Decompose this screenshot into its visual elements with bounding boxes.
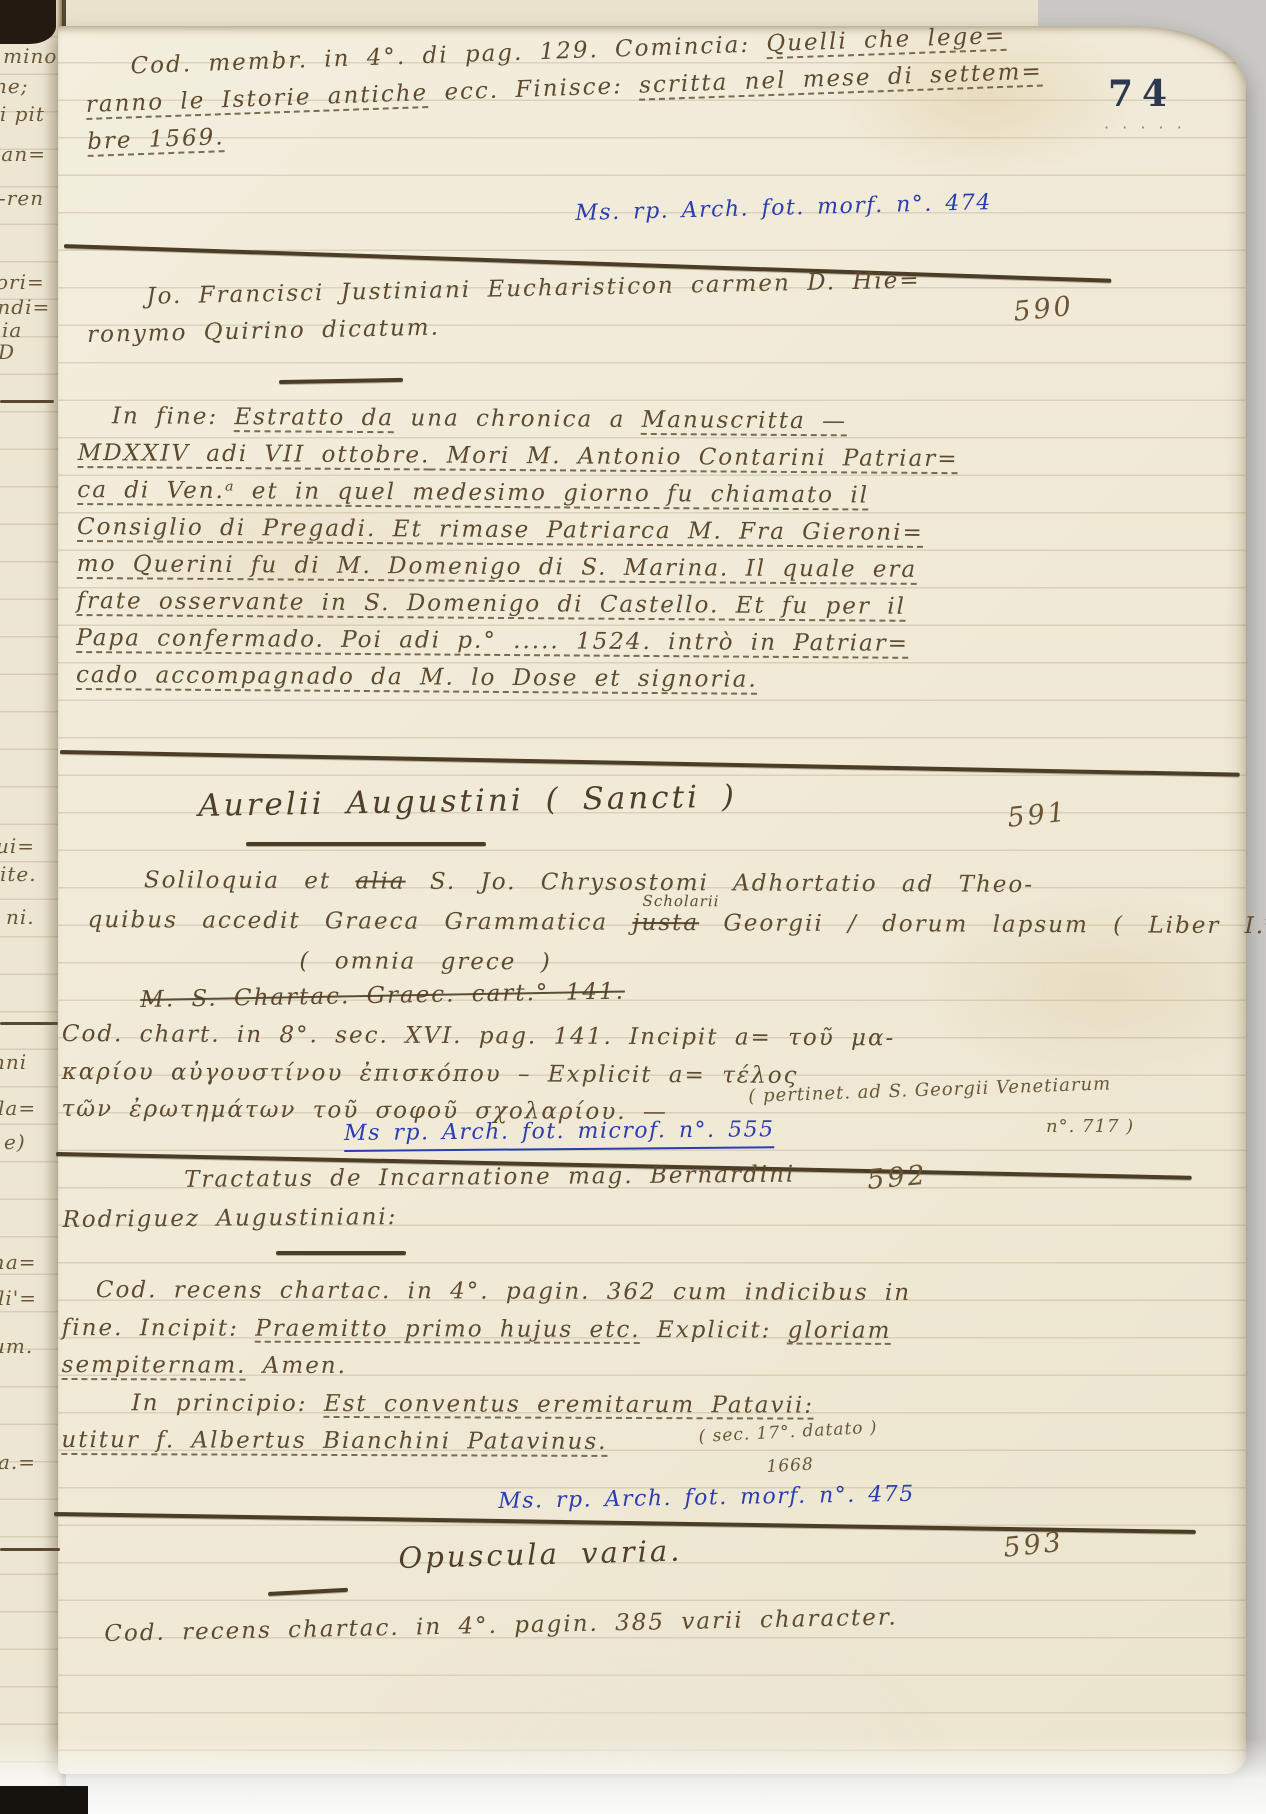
- margin-fragment: ha=: [0, 1250, 37, 1274]
- text-segment: quibus accedit Graeca Grammatica: [88, 907, 633, 936]
- underlined-text: mo Querini fu di M. Domenigo di S. Marin…: [77, 551, 918, 583]
- entry-593-codex-description: Cod. recens chartac. in 4°. pagin. 385 v…: [104, 1599, 898, 1653]
- blue-annotation-474: Ms. rp. Arch. fot. morf. n°. 474: [575, 189, 992, 228]
- underlined-text: Papa confermado. Poi adi p.° ..... 1524.…: [76, 625, 909, 657]
- text-segment: Explicit:: [641, 1317, 788, 1344]
- text-segment: ( omnia grece ): [299, 948, 551, 975]
- entry-590-title: Jo. Francisci Justiniani Eucharisticon c…: [86, 263, 922, 354]
- text-segment: Cod. recens chartac. in 4°. pagin. 362 c…: [96, 1277, 911, 1306]
- date-note: 1668: [766, 1454, 814, 1478]
- author-heading-augustini: Aurelii Augustini ( Sancti ): [198, 777, 737, 826]
- margin-fragment: ite.: [0, 862, 37, 886]
- struck-text: justaScholarii: [632, 910, 699, 936]
- text-segment: In principio:: [131, 1390, 323, 1417]
- short-divider-2: [246, 842, 486, 846]
- underlined-text: utitur f. Albertus Bianchini Patavinus.: [61, 1427, 607, 1455]
- manuscript-line: Cod. chart. in 8°. sec. XVI. pag. 141. I…: [62, 1016, 896, 1058]
- struck-catalog-line: M. S. Chartac. Graec. cart.° 141.: [140, 974, 625, 1019]
- margin-fragment: t-ren: [0, 186, 44, 210]
- short-divider-4: [268, 1588, 348, 1596]
- underlined-text: gloriam: [788, 1317, 892, 1343]
- manuscript-line: quibus accedit Graeca Grammatica justaSc…: [88, 900, 1258, 946]
- margin-fragment: Q. mino: [0, 44, 57, 68]
- text-segment: Tractatus de Incarnatione mag. Bernardin…: [184, 1162, 795, 1193]
- pertinet-number: n°. 717 ): [1046, 1116, 1134, 1138]
- entry-590-extract-note: In fine: Estratto da una chronica a Manu…: [76, 398, 959, 700]
- text-segment: ecc. Finisce:: [428, 73, 640, 106]
- text-segment: In fine:: [112, 403, 235, 430]
- text-segment: Cod. recens chartac. in 4°. pagin. 385 v…: [104, 1604, 898, 1647]
- manuscript-line: In fine: Estratto da una chronica a Manu…: [78, 398, 959, 441]
- manuscript-line: Rodriguez Augustiniani:: [62, 1195, 795, 1240]
- divider-rule-2: [60, 750, 1240, 776]
- text-segment: Rodriguez Augustiniani:: [62, 1204, 397, 1233]
- margin-fragment: indi=: [0, 295, 50, 319]
- margin-fragment: um.: [0, 1334, 33, 1358]
- manuscript-line: Tractatus de Incarnatione mag. Bernardin…: [62, 1156, 795, 1201]
- manuscript-line: Cod. recens chartac. in 4°. pagin. 385 v…: [104, 1599, 898, 1653]
- manuscript-line: fine. Incipit: Praemitto primo hujus etc…: [62, 1309, 911, 1349]
- text-segment: Georgii /: [699, 910, 858, 937]
- text-segment: dorum lapsum ( Liber I.ᵘˢ): [858, 911, 1266, 939]
- margin-fragment: ne;: [0, 74, 28, 98]
- underlined-text: Quelli che lege=: [766, 23, 1007, 57]
- blue-annotation-475: Ms. rp. Arch. fot. morf. n°. 475: [498, 1481, 915, 1516]
- underlined-text: Manuscritta —: [642, 407, 848, 434]
- margin-fragment: ia: [2, 318, 22, 342]
- margin-fragment: e): [4, 1130, 26, 1154]
- gutter-margin-fragments: Q. minone;ui pitlan=t-renori=indi=iaDui=…: [0, 0, 58, 1814]
- manuscript-line: MDXXIV adi VII ottobre. Mori M. Antonio …: [77, 435, 958, 478]
- page-content: 74 · · · · · Cod. membr. in 4°. di pag. …: [0, 0, 1266, 1814]
- binding-bottom-strip: [0, 1786, 88, 1814]
- underlined-text: frate osservante in S. Domenigo di Caste…: [76, 588, 906, 620]
- text-segment: Amen.: [246, 1353, 347, 1379]
- struck-text: M. S. Chartac. Graec. cart.° 141.: [140, 979, 625, 1013]
- page-number-stamp: 74: [1108, 76, 1176, 112]
- manuscript-line: Papa confermado. Poi adi p.° ..... 1524.…: [76, 620, 957, 663]
- underlined-text: bre 1569.: [87, 124, 225, 155]
- manuscript-line: In principio: Est conventus eremitarum P…: [61, 1384, 910, 1424]
- underlined-text: Mori M. Antonio Contarini Patriar=: [430, 442, 958, 472]
- short-divider-1: [279, 378, 403, 384]
- book-scan: Q. minone;ui pitlan=t-renori=indi=iaDui=…: [0, 0, 1266, 1814]
- margin-fragment: li'=: [0, 1286, 37, 1310]
- underlined-text: ca di Ven.ᵃ et in quel medesimo giorno f…: [77, 477, 869, 509]
- margin-fragment: a.=: [0, 1450, 36, 1474]
- manuscript-line: cado accompagnado da M. lo Dose et signo…: [76, 657, 957, 700]
- margin-fragment: nni: [0, 1050, 27, 1074]
- text-segment: fine. Incipit:: [62, 1314, 256, 1341]
- underlined-text: ranno le Istorie antiche: [85, 80, 428, 118]
- entry-number-592: 592: [866, 1161, 929, 1196]
- text-segment: una chronica a: [394, 405, 642, 433]
- margin-fragment: ui=: [0, 834, 35, 858]
- struck-text: alia: [355, 868, 405, 894]
- text-segment: Soliloquia et: [144, 867, 356, 894]
- title-heading-opuscula: Opuscula varia.: [398, 1531, 683, 1578]
- manuscript-line: mo Querini fu di M. Domenigo di S. Marin…: [77, 546, 958, 589]
- stamp-dots: · · · · ·: [1104, 120, 1186, 136]
- margin-fragment: ni.: [6, 905, 35, 929]
- manuscript-line: Consiglio di Pregadi. Et rimase Patriarc…: [77, 509, 958, 552]
- entry-591-title: Soliloquia et alia S. Jo. Chrysostomi Ad…: [87, 860, 1258, 986]
- manuscript-line: sempiternam. Amen.: [62, 1347, 911, 1387]
- margin-fragment: ui pit: [0, 102, 45, 126]
- underlined-text: Consiglio di Pregadi. Et rimase Patriarc…: [77, 514, 924, 546]
- margin-fragment: ori=: [0, 270, 45, 294]
- underlined-text: Estratto da: [234, 404, 394, 431]
- text-segment: S. Jo. Chrysostomi Adhortatio ad Theo-: [406, 869, 1035, 898]
- margin-fragment: lan=: [0, 142, 46, 166]
- entry-number-593: 593: [1002, 1528, 1065, 1564]
- text-segment: ronymo Quirino dicatum.: [87, 315, 440, 348]
- underlined-text: scritta nel mese di settem=: [639, 59, 1043, 99]
- entry-number-591: 591: [1006, 798, 1069, 834]
- manuscript-line: ca di Ven.ᵃ et in quel medesimo giorno f…: [77, 472, 958, 515]
- entry-592-title: Tractatus de Incarnatione mag. Bernardin…: [62, 1156, 796, 1240]
- short-divider-3: [276, 1251, 406, 1255]
- text-segment: καρίου αὐγουστίνου ἐπισκόπου – Explicit …: [62, 1058, 799, 1088]
- margin-fragment: la=: [0, 1096, 36, 1120]
- text-segment: Cod. chart. in 8°. sec. XVI. pag. 141. I…: [62, 1021, 896, 1051]
- underlined-text: MDXXIV adi VII ottobre.: [78, 440, 431, 468]
- underlined-text: cado accompagnado da M. lo Dose et signo…: [76, 662, 758, 693]
- manuscript-line: Cod. recens chartac. in 4°. pagin. 362 c…: [62, 1272, 911, 1312]
- underlined-text: sempiternam.: [62, 1352, 247, 1379]
- blue-annotation-555: Ms rp. Arch. fot. microf. n°. 555: [344, 1116, 775, 1152]
- manuscript-line: frate osservante in S. Domenigo di Caste…: [76, 583, 957, 626]
- entry-tail-codex-description: Cod. membr. in 4°. di pag. 129. Comincia…: [84, 16, 1067, 161]
- entry-number-590: 590: [1012, 292, 1075, 328]
- manuscript-line: M. S. Chartac. Graec. cart.° 141.: [140, 974, 625, 1019]
- margin-fragment: D: [0, 340, 15, 364]
- underlined-text: Est conventus eremitarum Patavii:: [324, 1390, 814, 1418]
- underlined-text: Praemitto primo hujus etc.: [255, 1315, 640, 1342]
- inserted-word: Scholarii: [643, 894, 720, 909]
